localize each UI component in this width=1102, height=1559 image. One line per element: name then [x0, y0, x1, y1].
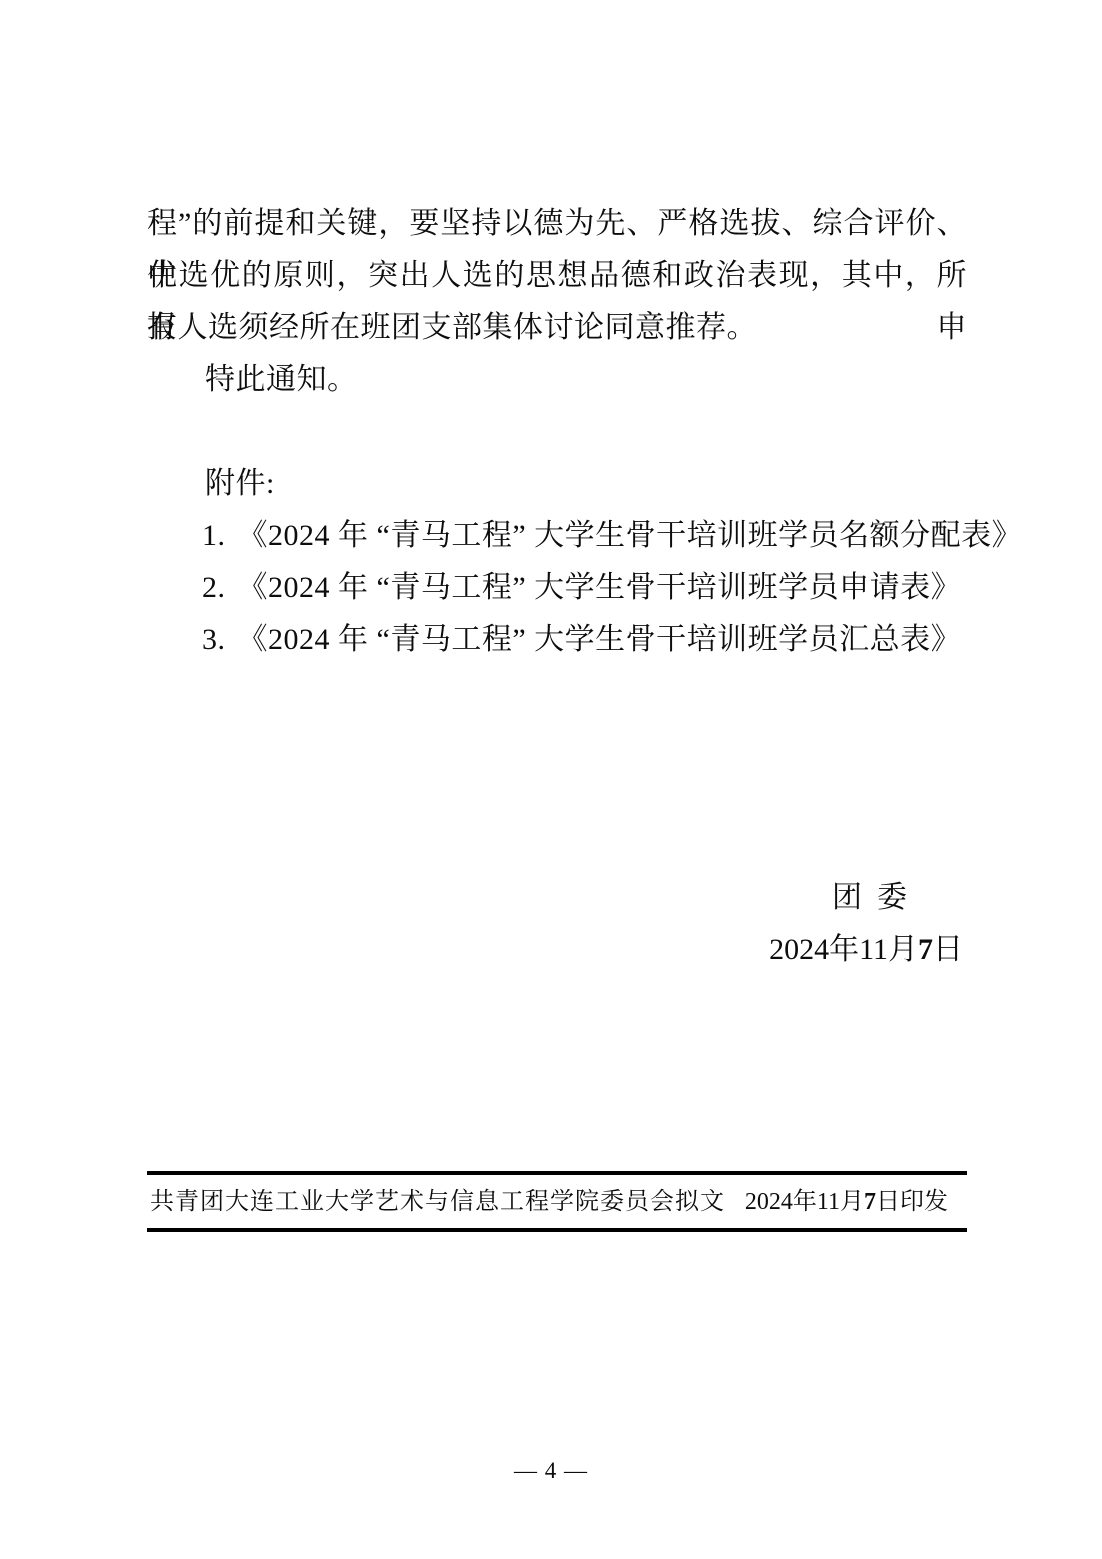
document-page: 程”的前提和关键，要坚持以德为先、严格选拔、综合评价、优 中选优的原则，突出人选… — [0, 0, 1102, 1559]
attachment-item-1-number: 1. — [202, 510, 226, 562]
page-number: — 4 — — [0, 1459, 1102, 1483]
footer-rule-top — [147, 1171, 967, 1175]
signature-date-day: 7 — [918, 933, 933, 966]
footer-drafting-unit: 共青团大连工业大学艺术与信息工程学院委员会拟文 — [150, 1190, 725, 1214]
attachment-item-3: 3.《2024 年 “青马工程” 大学生骨干培训班学员汇总表》 — [202, 614, 968, 666]
attachment-item-1: 1.《2024 年 “青马工程” 大学生骨干培训班学员名额分配表》 — [202, 510, 968, 562]
signature-date-suffix: 日 — [933, 933, 963, 966]
attachment-item-3-number: 3. — [202, 614, 226, 666]
notice-line: 特此通知。 — [205, 354, 967, 406]
attachment-item-3-title: 《2024 年 “青马工程” 大学生骨干培训班学员汇总表》 — [238, 623, 962, 656]
body-paragraph-line-3: 报人选须经所在班团支部集体讨论同意推荐。 — [147, 302, 967, 354]
attachments-heading: 附件: — [205, 458, 967, 510]
attachment-item-2: 2.《2024 年 “青马工程” 大学生骨干培训班学员申请表》 — [202, 562, 968, 614]
signature-date-prefix: 2024年11月 — [769, 933, 918, 966]
attachment-item-2-title: 《2024 年 “青马工程” 大学生骨干培训班学员申请表》 — [238, 571, 962, 604]
footer-print-date-day: 7 — [864, 1189, 876, 1215]
attachment-item-1-title: 《2024 年 “青马工程” 大学生骨干培训班学员名额分配表》 — [238, 519, 1023, 552]
attachment-item-2-number: 2. — [202, 562, 226, 614]
footer-print-date-suffix: 日印发 — [876, 1189, 948, 1215]
signature-date: 2024年11月7日 — [769, 935, 963, 965]
footer-print-date: 2024年11月7日印发 — [745, 1190, 948, 1214]
footer-print-date-prefix: 2024年11月 — [745, 1189, 864, 1215]
signature-issuer-name: 团 委 — [832, 883, 907, 913]
footer-rule-bottom — [147, 1228, 967, 1232]
